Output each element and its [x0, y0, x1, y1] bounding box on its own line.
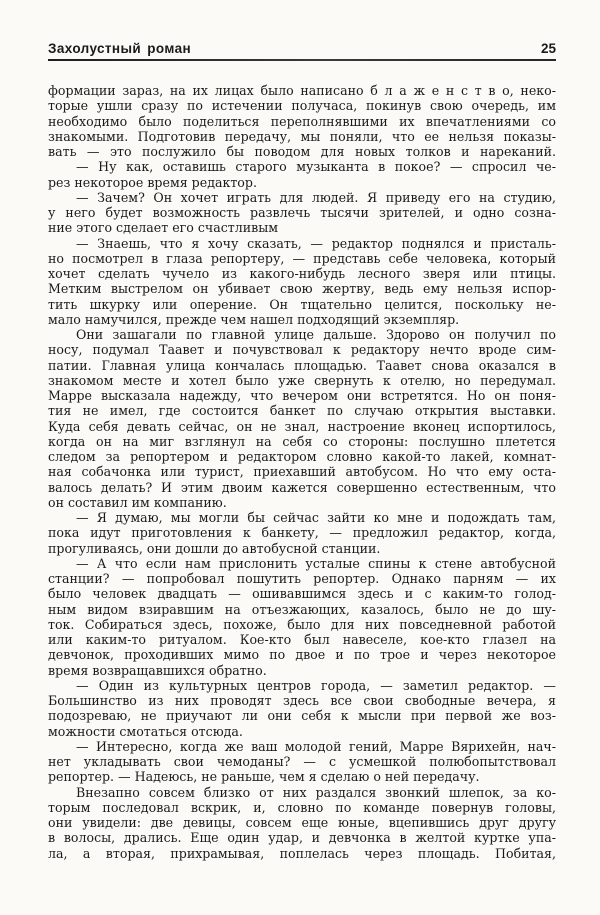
text-line: следом за репортером и редактором словно… [48, 449, 556, 464]
text-line: вать — это послужило бы поводом для новы… [48, 144, 556, 159]
paragraph: — Ну как, оставишь старого музыканта в п… [48, 159, 556, 190]
text-line: было человек двадцать — ошивавшимся здес… [48, 586, 556, 601]
text-line: Куда себя девать сейчас, он не знал, нас… [48, 419, 556, 434]
text-line: репортер. — Надеюсь, не раньше, чем я сд… [48, 769, 556, 784]
page-header: Захолустный роман 25 [48, 41, 556, 57]
text-line: Метким выстрелом он убивает свою жертву,… [48, 281, 556, 296]
paragraph: — А что если нам прислонить усталые спин… [48, 556, 556, 678]
text-line: — Знаешь, что я хочу сказать, — редактор… [48, 236, 556, 251]
text-line: мало намучился, прежде чем нашел подходя… [48, 312, 556, 327]
text-line: или каким-то ритуалом. Кое-кто был навес… [48, 632, 556, 647]
paragraph: — Знаешь, что я хочу сказать, — редактор… [48, 236, 556, 328]
text-line: — Зачем? Он хочет играть для людей. Я пр… [48, 190, 556, 205]
text-line: прогуливаясь, они дошли до автобусной ст… [48, 541, 556, 556]
page-body: формации зараз, на их лицах было написан… [48, 83, 556, 861]
text-line: ным видом взиравшим на отъезжающих, каза… [48, 602, 556, 617]
text-line: он составил им компанию. [48, 495, 556, 510]
text-line: — А что если нам прислонить усталые спин… [48, 556, 556, 571]
text-line: торые ушли сразу по истечении получаса, … [48, 98, 556, 113]
text-line: хочет сделать чучело из какого-нибудь ле… [48, 266, 556, 281]
text-line: рез некоторое время редактор. [48, 175, 556, 190]
paragraph: Внезапно совсем близко от них раздался з… [48, 785, 556, 861]
text-line: подозреваю, не приучают ли они себя к мы… [48, 708, 556, 723]
text-line: необходимо было поделиться переполнявшим… [48, 114, 556, 129]
paragraph: — Зачем? Он хочет играть для людей. Я пр… [48, 190, 556, 236]
text-line: ние этого сделает его счастливым [48, 220, 556, 235]
text-line: ток. Собираться здесь, похоже, было для … [48, 617, 556, 632]
page-number: 25 [541, 41, 556, 56]
running-title: Захолустный роман [48, 41, 191, 56]
text-line: девчонок, проходивших мимо по двое и по … [48, 647, 556, 662]
text-line: в волосы, дрались. Еще один удар, и девч… [48, 830, 556, 845]
text-line: когда он на миг взглянул на себя со стор… [48, 434, 556, 449]
paragraph: формации зараз, на их лицах было написан… [48, 83, 556, 159]
text-line: торым последовал вскрик, и, словно по ко… [48, 800, 556, 815]
text-line: станции? — попробовал пошутить репортер.… [48, 571, 556, 586]
text-line: но посмотрел в глаза репортеру, — предст… [48, 251, 556, 266]
paragraph: Они зашагали по главной улице дальше. Зд… [48, 327, 556, 510]
text-line: носу, подумал Таавет и почувствовал к ре… [48, 342, 556, 357]
text-line: Внезапно совсем близко от них раздался з… [48, 785, 556, 800]
text-line: формации зараз, на их лицах было написан… [48, 83, 556, 98]
book-page: Захолустный роман 25 формации зараз, на … [0, 0, 600, 915]
text-line: нет укладывать свои чемоданы? — с усмешк… [48, 754, 556, 769]
text-line: ла, а вторая, прихрамывая, поплелась чер… [48, 846, 556, 861]
text-line: тия не имел, где состоится банкет по слу… [48, 403, 556, 418]
text-line: валось делать? И этим двоим кажется сове… [48, 480, 556, 495]
text-line: можности смотаться отсюда. [48, 724, 556, 739]
text-line: Марре высказала надежду, что вечером они… [48, 388, 556, 403]
text-line: у него будет возможность развлечь тысячи… [48, 205, 556, 220]
header-rule [48, 59, 556, 61]
text-line: знакомыми. Подготовив передачу, мы понял… [48, 129, 556, 144]
text-line: время возвращавшихся обратно. [48, 663, 556, 678]
text-line: пока идут приготовления к банкету, — пре… [48, 525, 556, 540]
text-line: тить шкурку или оперение. Он тщательно ц… [48, 297, 556, 312]
text-line: знакомом месте и хотел было уже свернуть… [48, 373, 556, 388]
text-line: — Я думаю, мы могли бы сейчас зайти ко м… [48, 510, 556, 525]
paragraph: — Один из культурных центров города, — з… [48, 678, 556, 739]
text-line: — Один из культурных центров города, — з… [48, 678, 556, 693]
paragraph: — Интересно, когда же ваш молодой гений,… [48, 739, 556, 785]
text-line: Они зашагали по главной улице дальше. Зд… [48, 327, 556, 342]
text-line: — Ну как, оставишь старого музыканта в п… [48, 159, 556, 174]
text-line: — Интересно, когда же ваш молодой гений,… [48, 739, 556, 754]
text-line: Большинство из них проводят здесь все св… [48, 693, 556, 708]
text-line: патии. Главная улица кончалась площадью.… [48, 358, 556, 373]
text-line: ная собачонка или турист, приехавший авт… [48, 464, 556, 479]
paragraph: — Я думаю, мы могли бы сейчас зайти ко м… [48, 510, 556, 556]
text-line: они увидели: две девицы, совсем еще юные… [48, 815, 556, 830]
